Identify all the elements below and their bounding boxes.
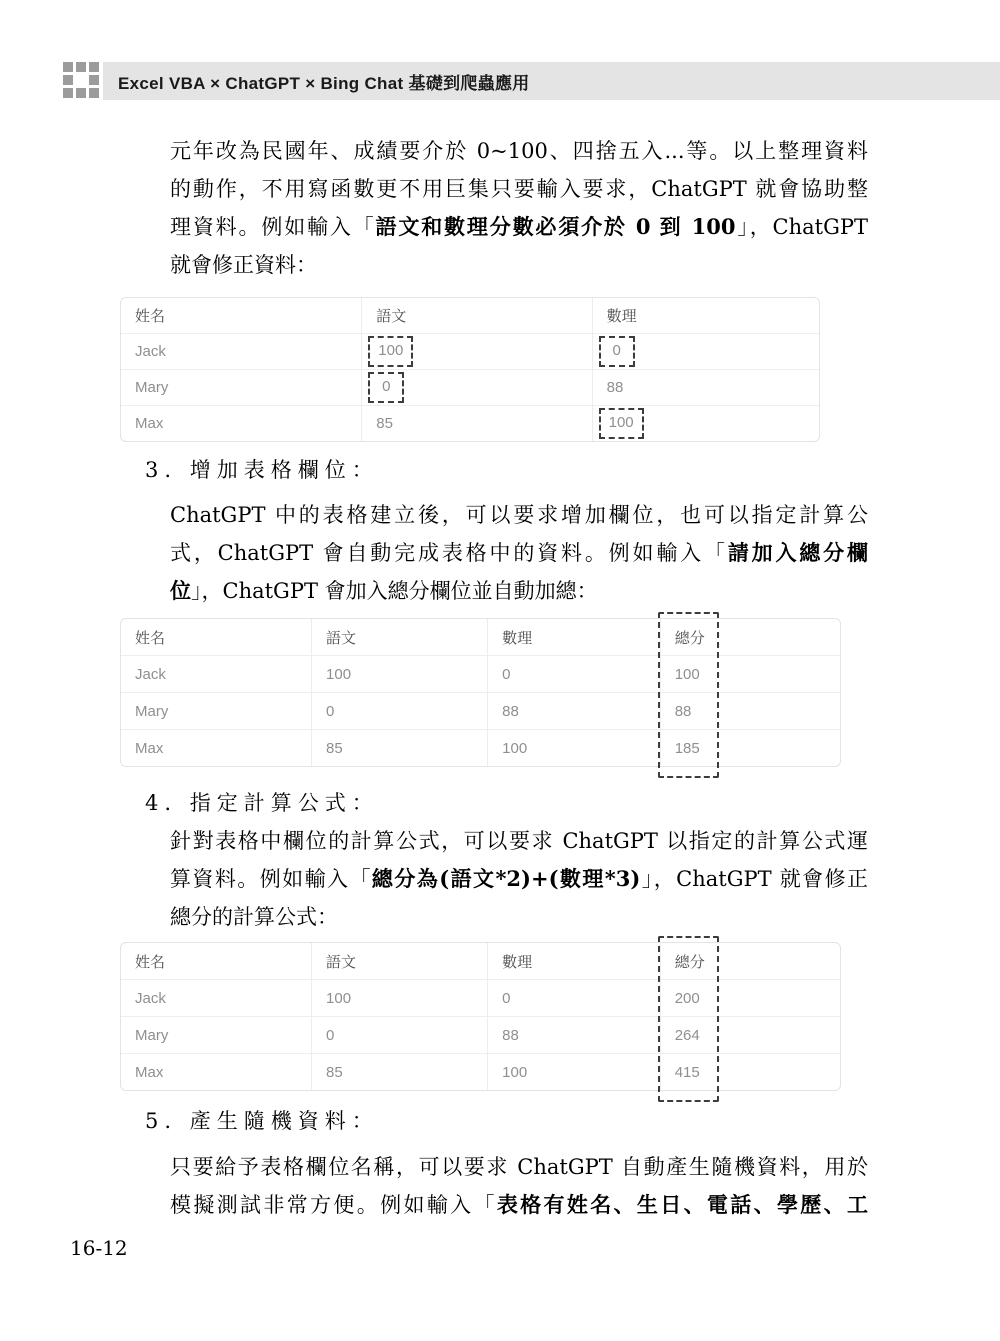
text-line: 算資料。例如輸入「總分為(語文*2)+(數理*3)」，ChatGPT 就會修正: [170, 860, 868, 898]
logo-square: [89, 75, 99, 85]
text-segment: 理資料。例如輸入「: [170, 215, 376, 239]
table-row: Max 85 100: [121, 406, 819, 442]
column-header: 姓名: [121, 619, 312, 656]
logo-square: [89, 62, 99, 72]
text-segment: 算資料。例如輸入「: [170, 867, 372, 891]
cell-score: 88: [488, 1017, 661, 1054]
logo-square: [63, 88, 73, 98]
quoted-command: 語文和數理分數必須介於 0 到 100: [376, 214, 736, 239]
cell-total: 200: [660, 980, 840, 1017]
cell-score: 100: [312, 656, 488, 693]
cell-score: 0: [362, 370, 592, 406]
text-line: 模擬測試非常方便。例如輸入「表格有姓名、生日、電話、學歷、工: [170, 1186, 868, 1224]
logo-square: [63, 75, 73, 85]
column-header: 姓名: [121, 298, 362, 334]
scores-table: 姓名 語文 數理 Jack 100 0 Mary 0 88 Max: [121, 298, 819, 441]
quoted-command: 請加入總分欄: [728, 540, 868, 565]
cell-name: Mary: [121, 1017, 312, 1054]
section-heading-3: 3. 增加表格欄位：: [145, 455, 379, 485]
cell-score: 0: [312, 1017, 488, 1054]
intro-paragraph: 元年改為民國年、成績要介於 0~100、四捨五入...等。以上整理資料 的動作，…: [170, 132, 868, 284]
cell-score: 85: [362, 406, 592, 442]
cell-total: 88: [660, 693, 840, 730]
column-header: 姓名: [121, 943, 312, 980]
logo-square: [76, 62, 86, 72]
column-header: 總分: [660, 943, 840, 980]
cell-total: 415: [660, 1054, 840, 1091]
logo-square: [76, 88, 86, 98]
table-row: Mary 0 88: [121, 370, 819, 406]
text-segment: 模擬測試非常方便。例如輸入「: [170, 1193, 497, 1217]
column-header: 數理: [488, 943, 661, 980]
cell-name: Mary: [121, 370, 362, 406]
cell-total: 264: [660, 1017, 840, 1054]
table-header-row: 姓名 語文 數理: [121, 298, 819, 334]
cell-score: 0: [488, 656, 661, 693]
chapter-header-bar: Excel VBA × ChatGPT × Bing Chat 基礎到爬蟲應用: [103, 62, 1000, 100]
scores-table: 姓名 語文 數理 總分 Jack 100 0 200 Mary 0 88 264: [121, 943, 840, 1090]
text-line: 針對表格中欄位的計算公式，可以要求 ChatGPT 以指定的計算公式運: [170, 822, 868, 860]
cell-score: 100: [312, 980, 488, 1017]
cell-total: 100: [660, 656, 840, 693]
cell-name: Jack: [121, 334, 362, 370]
cell-total: 185: [660, 730, 840, 767]
section-5-paragraph: 只要給予表格欄位名稱，可以要求 ChatGPT 自動產生隨機資料，用於 模擬測試…: [170, 1148, 868, 1224]
text-line: 理資料。例如輸入「語文和數理分數必須介於 0 到 100」，ChatGPT: [170, 208, 868, 246]
cell-score: 0: [312, 693, 488, 730]
scores-table-with-total: 姓名 語文 數理 總分 Jack 100 0 100 Mary 0 88 88: [120, 618, 841, 767]
text-line: 式，ChatGPT 會自動完成表格中的資料。例如輸入「請加入總分欄: [170, 534, 868, 572]
publisher-logo-icon: [63, 62, 99, 98]
table-row: Max 85 100 415: [121, 1054, 840, 1091]
text-line: 元年改為民國年、成績要介於 0~100、四捨五入...等。以上整理資料: [170, 132, 868, 170]
dashed-highlight-box: 0: [368, 372, 404, 403]
scores-table: 姓名 語文 數理 總分 Jack 100 0 100 Mary 0 88 88: [121, 619, 840, 766]
book-title: Excel VBA × ChatGPT × Bing Chat 基礎到爬蟲應用: [118, 69, 530, 94]
scores-table-weighted-total: 姓名 語文 數理 總分 Jack 100 0 200 Mary 0 88 264: [120, 942, 841, 1091]
section-4-paragraph: 針對表格中欄位的計算公式，可以要求 ChatGPT 以指定的計算公式運 算資料。…: [170, 822, 868, 936]
cell-name: Jack: [121, 980, 312, 1017]
cell-score: 0: [488, 980, 661, 1017]
cell-name: Jack: [121, 656, 312, 693]
column-header: 數理: [592, 298, 819, 334]
column-header: 語文: [312, 619, 488, 656]
book-page: Excel VBA × ChatGPT × Bing Chat 基礎到爬蟲應用 …: [0, 0, 1000, 1341]
section-heading-5: 5. 產生隨機資料：: [145, 1106, 379, 1136]
table-row: Jack 100 0: [121, 334, 819, 370]
quoted-command: 位: [170, 578, 191, 603]
dashed-highlight-box: 100: [368, 336, 413, 367]
quoted-command: 表格有姓名、生日、電話、學歷、工: [497, 1192, 868, 1217]
text-segment: 式，ChatGPT 會自動完成表格中的資料。例如輸入「: [170, 541, 728, 565]
cell-score: 100: [488, 730, 661, 767]
cell-score: 88: [592, 370, 819, 406]
text-segment: 」，ChatGPT 會加入總分欄位並自動加總：: [191, 579, 598, 603]
dashed-highlight-box: 0: [599, 336, 635, 367]
text-line: 只要給予表格欄位名稱，可以要求 ChatGPT 自動產生隨機資料，用於: [170, 1148, 868, 1186]
text-line: 就會修正資料：: [170, 246, 868, 284]
cell-name: Max: [121, 1054, 312, 1091]
cell-score: 88: [488, 693, 661, 730]
cell-score: 85: [312, 730, 488, 767]
cell-score: 100: [362, 334, 592, 370]
scores-table-basic: 姓名 語文 數理 Jack 100 0 Mary 0 88 Max: [120, 297, 820, 442]
section-3-paragraph: ChatGPT 中的表格建立後，可以要求增加欄位，也可以指定計算公 式，Chat…: [170, 496, 868, 610]
table-header-row: 姓名 語文 數理 總分: [121, 943, 840, 980]
text-line: 總分的計算公式：: [170, 898, 868, 936]
column-header: 數理: [488, 619, 661, 656]
cell-score: 100: [592, 406, 819, 442]
cell-score: 85: [312, 1054, 488, 1091]
text-segment: 」，ChatGPT 就會修正: [640, 867, 868, 891]
column-header: 總分: [660, 619, 840, 656]
cell-score: 0: [592, 334, 819, 370]
column-header: 語文: [312, 943, 488, 980]
dashed-highlight-box: 100: [599, 408, 644, 439]
cell-score: 100: [488, 1054, 661, 1091]
section-heading-4: 4. 指定計算公式：: [145, 788, 379, 818]
text-line: 的動作，不用寫函數更不用巨集只要輸入要求，ChatGPT 就會協助整: [170, 170, 868, 208]
text-line: ChatGPT 中的表格建立後，可以要求增加欄位，也可以指定計算公: [170, 496, 868, 534]
table-row: Jack 100 0 100: [121, 656, 840, 693]
text-segment: 」，ChatGPT: [736, 215, 868, 239]
table-row: Jack 100 0 200: [121, 980, 840, 1017]
text-line: 位」，ChatGPT 會加入總分欄位並自動加總：: [170, 572, 868, 610]
logo-square: [63, 62, 73, 72]
table-row: Mary 0 88 88: [121, 693, 840, 730]
cell-name: Mary: [121, 693, 312, 730]
cell-name: Max: [121, 730, 312, 767]
table-row: Mary 0 88 264: [121, 1017, 840, 1054]
logo-square: [89, 88, 99, 98]
quoted-command: 總分為(語文*2)+(數理*3): [372, 866, 640, 891]
logo-square-hole: [76, 75, 86, 85]
page-number: 16-12: [70, 1234, 128, 1262]
cell-name: Max: [121, 406, 362, 442]
table-header-row: 姓名 語文 數理 總分: [121, 619, 840, 656]
column-header: 語文: [362, 298, 592, 334]
table-row: Max 85 100 185: [121, 730, 840, 767]
